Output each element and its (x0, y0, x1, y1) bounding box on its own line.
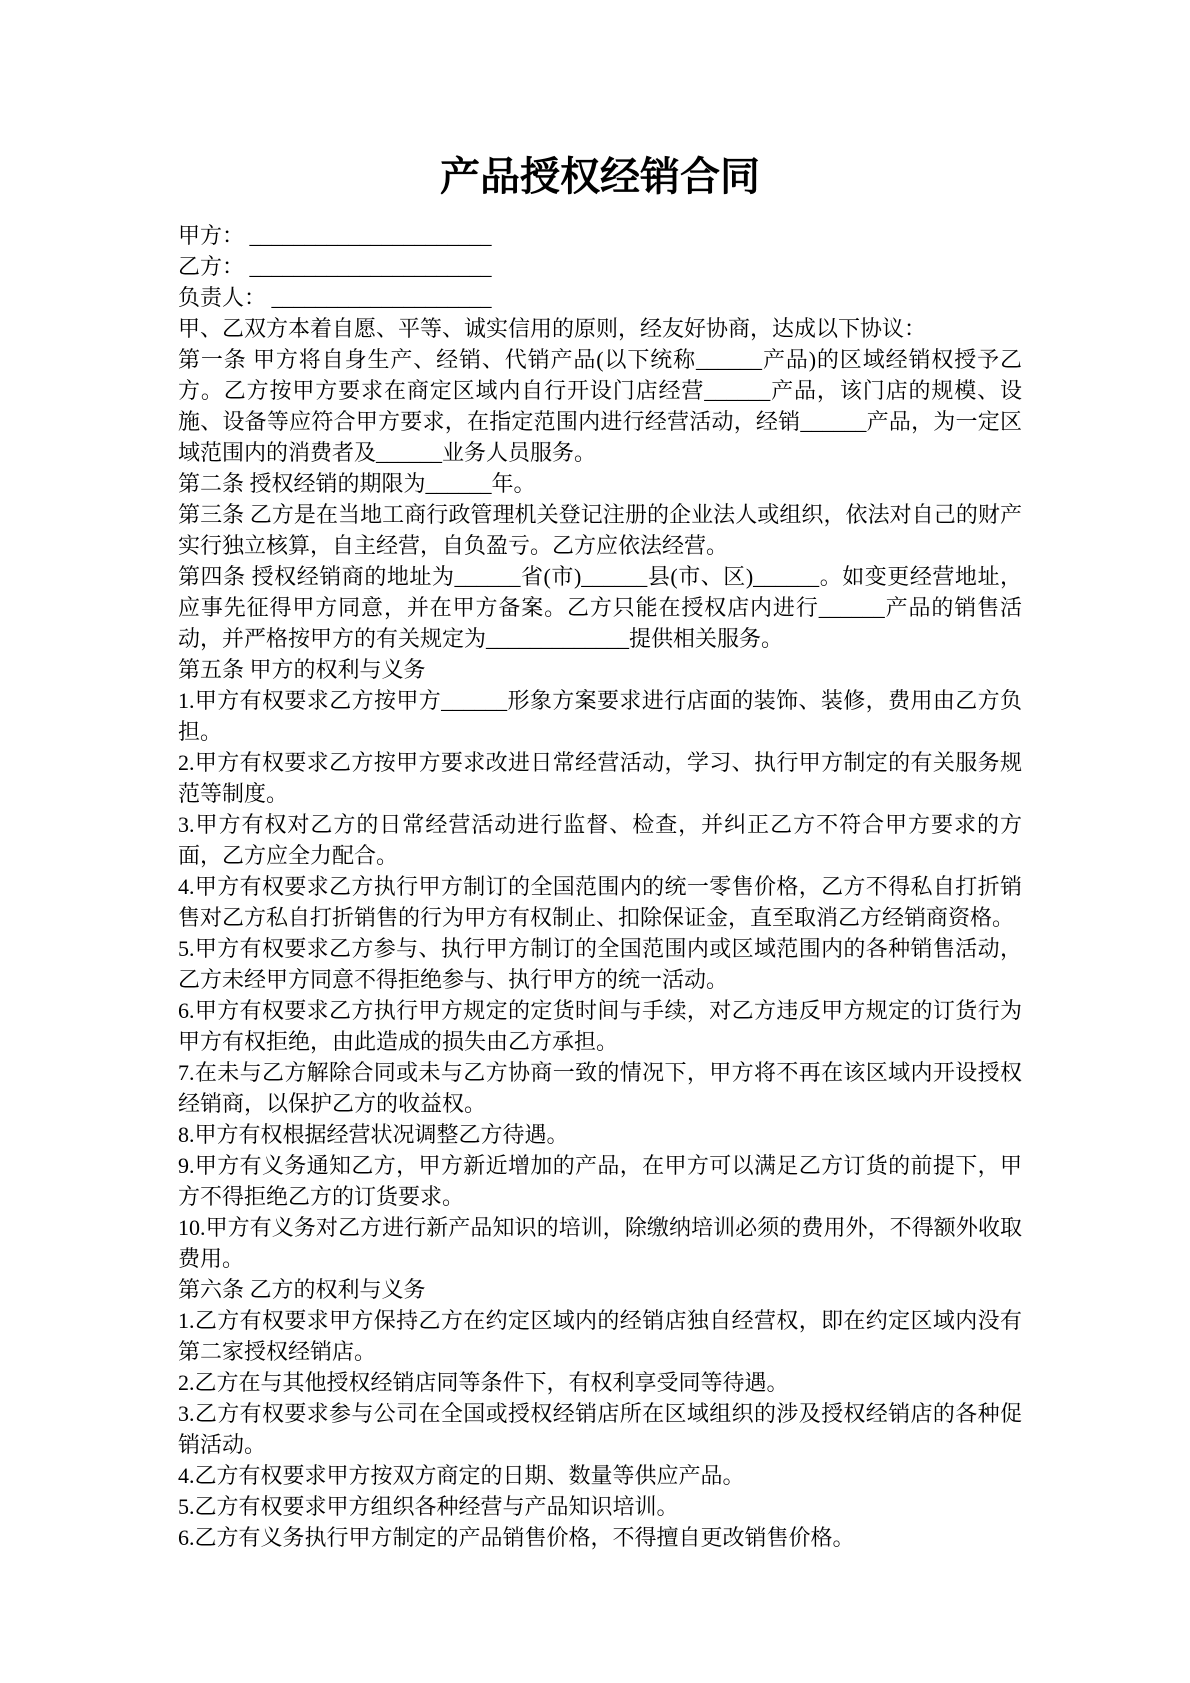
contract-item: 1.乙方有权要求甲方保持乙方在约定区域内的经销店独自经营权，即在约定区域内没有第… (178, 1305, 1022, 1367)
document-page: 产品授权经销合同 甲方： ______________________ 乙方： … (0, 0, 1190, 1683)
contract-item: 10.甲方有义务对乙方进行新产品知识的培训，除缴纳培训必须的费用外，不得额外收取… (178, 1212, 1022, 1274)
section-heading-clause-5: 第五条 甲方的权利与义务 (178, 654, 1022, 685)
fill-in-blank: ____________________ (272, 285, 492, 310)
section-heading-clause-6: 第六条 乙方的权利与义务 (178, 1274, 1022, 1305)
contract-item: 7.在未与乙方解除合同或未与乙方协商一致的情况下，甲方将不再在该区域内开设授权经… (178, 1057, 1022, 1119)
contract-item: 1.甲方有权要求乙方按甲方______形象方案要求进行店面的装饰、装修，费用由乙… (178, 685, 1022, 747)
contract-item: 3.甲方有权对乙方的日常经营活动进行监督、检查，并纠正乙方不符合甲方要求的方面，… (178, 809, 1022, 871)
contract-item: 6.甲方有权要求乙方执行甲方规定的定货时间与手续，对乙方违反甲方规定的订货行为甲… (178, 995, 1022, 1057)
contract-item: 2.甲方有权要求乙方按甲方要求改进日常经营活动，学习、执行甲方制定的有关服务规范… (178, 747, 1022, 809)
fill-in-blank: ______________________ (250, 223, 492, 248)
contract-item: 4.甲方有权要求乙方执行甲方制订的全国范围内的统一零售价格，乙方不得私自打折销售… (178, 871, 1022, 933)
party-field-fuzeren: 负责人： ____________________ (178, 282, 1022, 313)
contract-item: 3.乙方有权要求参与公司在全国或授权经销店所在区域组织的涉及授权经销店的各种促销… (178, 1398, 1022, 1460)
contract-clause-2: 第二条 授权经销的期限为______年。 (178, 468, 1022, 499)
party-field-yifang: 乙方： ______________________ (178, 251, 1022, 282)
party-field-jiafang: 甲方： ______________________ (178, 220, 1022, 251)
contract-item: 9.甲方有义务通知乙方，甲方新近增加的产品，在甲方可以满足乙方订货的前提下，甲方… (178, 1150, 1022, 1212)
contract-clause-4: 第四条 授权经销商的地址为______省(市)______县(市、区)_____… (178, 561, 1022, 654)
contract-item: 2.乙方在与其他授权经销店同等条件下，有权利享受同等待遇。 (178, 1367, 1022, 1398)
fill-in-blank: ______________________ (250, 254, 492, 279)
party-fields: 甲方： ______________________ 乙方： _________… (178, 220, 1022, 313)
contract-clause-3: 第三条 乙方是在当地工商行政管理机关登记注册的企业法人或组织，依法对自己的财产实… (178, 499, 1022, 561)
document-title: 产品授权经销合同 (178, 0, 1022, 202)
contract-item: 5.甲方有权要求乙方参与、执行甲方制订的全国范围内或区域范围内的各种销售活动，乙… (178, 933, 1022, 995)
contract-body: 甲、乙双方本着自愿、平等、诚实信用的原则，经友好协商，达成以下协议： 第一条 甲… (178, 313, 1022, 1553)
contract-item: 5.乙方有权要求甲方组织各种经营与产品知识培训。 (178, 1491, 1022, 1522)
contract-item: 6.乙方有义务执行甲方制定的产品销售价格，不得擅自更改销售价格。 (178, 1522, 1022, 1553)
contract-clause-1: 第一条 甲方将自身生产、经销、代销产品(以下统称______产品)的区域经销权授… (178, 344, 1022, 468)
contract-item: 8.甲方有权根据经营状况调整乙方待遇。 (178, 1119, 1022, 1150)
field-label: 负责人： (178, 285, 266, 310)
field-label: 甲方： (178, 223, 244, 248)
contract-preamble: 甲、乙双方本着自愿、平等、诚实信用的原则，经友好协商，达成以下协议： (178, 313, 1022, 344)
field-label: 乙方： (178, 254, 244, 279)
contract-item: 4.乙方有权要求甲方按双方商定的日期、数量等供应产品。 (178, 1460, 1022, 1491)
